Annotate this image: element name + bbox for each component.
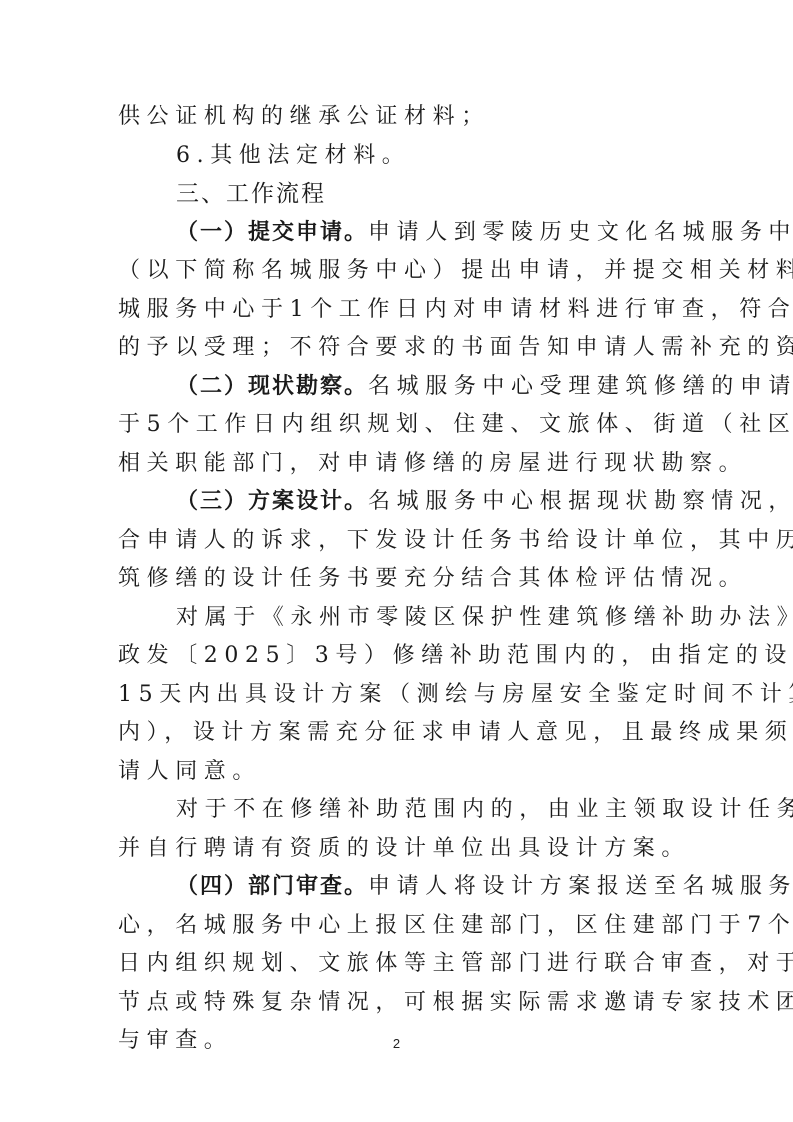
text-line: 的予以受理；不符合要求的书面告知申请人需补充的资料。 — [118, 329, 674, 368]
text-line: 相关职能部门，对申请修缮的房屋进行现状勘察。 — [118, 445, 674, 484]
text-line: 15天内出具设计方案（测绘与房屋安全鉴定时间不计算在 — [118, 676, 674, 715]
text-line: 申请人将设计方案报送至名城服务中 — [368, 874, 793, 899]
step-title: （四）部门审查。 — [176, 874, 368, 899]
text-line: 对属于《永州市零陵区保护性建筑修缮补助办法》（零 — [118, 599, 674, 638]
step-title: （二）现状勘察。 — [176, 374, 368, 399]
text-line: 日内组织规划、文旅体等主管部门进行联合审查，对于重要 — [118, 945, 674, 984]
paragraph-start: （三）方案设计。名城服务中心根据现状勘察情况，结 — [118, 483, 674, 522]
text-line: 并自行聘请有资质的设计单位出具设计方案。 — [118, 830, 674, 869]
page-number: 2 — [0, 1036, 793, 1051]
text-line: 对于不在修缮补助范围内的，由业主领取设计任务书， — [118, 791, 674, 830]
text-line: 筑修缮的设计任务书要充分结合其体检评估情况。 — [118, 560, 674, 599]
step-title: （一）提交申请。 — [176, 220, 368, 245]
text-line: （以下简称名城服务中心）提出申请，并提交相关材料。名 — [118, 252, 674, 291]
text-line: 申请人到零陵历史文化名城服务中心 — [368, 220, 793, 245]
text-line: 名城服务中心根据现状勘察情况，结 — [368, 489, 793, 514]
text-line: 合申请人的诉求，下发设计任务书给设计单位，其中历史建 — [118, 522, 674, 561]
document-page-body: 供公证机构的继承公证材料； 6.其他法定材料。 三、工作流程 （一）提交申请。申… — [118, 98, 674, 1061]
paragraph-start: （一）提交申请。申请人到零陵历史文化名城服务中心 — [118, 214, 674, 253]
section-heading: 三、工作流程 — [118, 175, 674, 214]
text-line: 供公证机构的继承公证材料； — [118, 98, 674, 137]
text-line: 内），设计方案需充分征求申请人意见，且最终成果须经申 — [118, 714, 674, 753]
text-line: 节点或特殊复杂情况，可根据实际需求邀请专家技术团队参 — [118, 984, 674, 1023]
text-line: 城服务中心于1个工作日内对申请材料进行审查，符合要求 — [118, 291, 674, 330]
text-line: 请人同意。 — [118, 753, 674, 792]
text-line: 名城服务中心受理建筑修缮的申请后， — [368, 374, 793, 399]
text-line: 于5个工作日内组织规划、住建、文旅体、街道（社区）等 — [118, 406, 674, 445]
text-line: 6.其他法定材料。 — [118, 137, 674, 176]
paragraph-start: （四）部门审查。申请人将设计方案报送至名城服务中 — [118, 868, 674, 907]
paragraph-start: （二）现状勘察。名城服务中心受理建筑修缮的申请后， — [118, 368, 674, 407]
text-line: 心，名城服务中心上报区住建部门，区住建部门于7个工作 — [118, 907, 674, 946]
text-line: 政发〔2025〕3号）修缮补助范围内的，由指定的设计单位 — [118, 637, 674, 676]
step-title: （三）方案设计。 — [176, 489, 368, 514]
